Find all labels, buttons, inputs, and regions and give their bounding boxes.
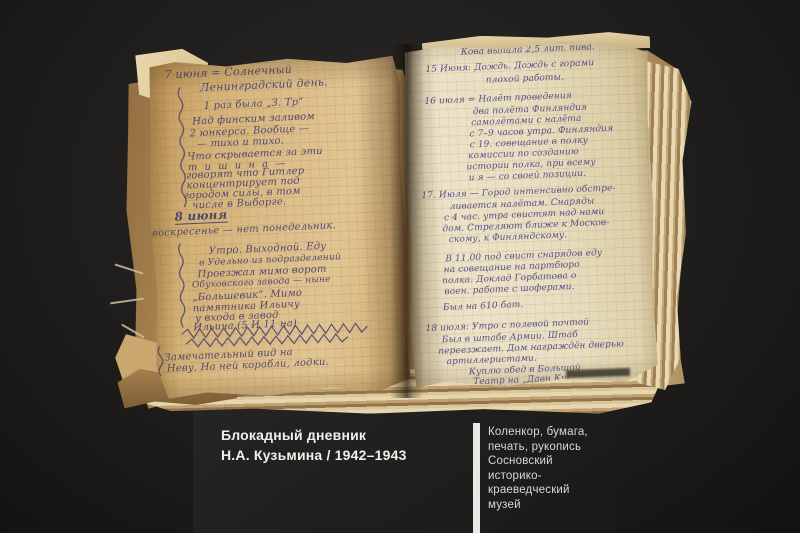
label-divider (473, 423, 480, 533)
label-title: Блокадный дневник Н.А. Кузьмина / 1942–1… (221, 425, 407, 465)
label-materials-line: историко- (488, 469, 588, 484)
label-materials-line: Коленкор, бумага, (488, 425, 588, 440)
handwritten-line: Ленинградский день. (200, 77, 328, 94)
margin-squiggle (176, 87, 188, 207)
handwritten-date-header: 8 июня (174, 209, 227, 225)
handwritten-line: и я — со своей позиции. (469, 170, 587, 184)
label-materials: Коленкор, бумага, печать, рукопись Сосно… (488, 425, 588, 512)
label-materials-line: краеведческий (488, 483, 588, 498)
book-gutter-shadow (390, 44, 424, 398)
label-title-line2: Н.А. Кузьмина / 1942–1943 (221, 445, 407, 465)
margin-squiggle (177, 243, 188, 331)
handwritten-line: Был на 610 бат. (443, 301, 524, 313)
handwritten-line: 1 раз была „З. Тр“ (204, 98, 304, 112)
handwritten-line: 15 Июня: Дождь. Дождь с горами (425, 59, 594, 75)
label-materials-line: Сосновский (488, 454, 588, 469)
diary-right-page: Кова выпала 2,5 лит. пива. 15 Июня: Дожд… (401, 38, 660, 390)
diary-left-page: 7 июня = Солнечный Ленинградский день. 1… (144, 54, 412, 401)
handwritten-line: скому, к Финляндскому. (449, 231, 568, 245)
label-materials-line: печать, рукопись (488, 440, 588, 455)
label-title-line1: Блокадный дневник (221, 425, 407, 445)
museum-label-plaque: Блокадный дневник Н.А. Кузьмина / 1942–1… (193, 403, 617, 533)
museum-photo-scene: Блокадный дневник Н.А. Кузьмина / 1942–1… (0, 0, 800, 533)
handwritten-line: плохой работы. (486, 74, 565, 86)
label-materials-line: музей (488, 498, 588, 513)
